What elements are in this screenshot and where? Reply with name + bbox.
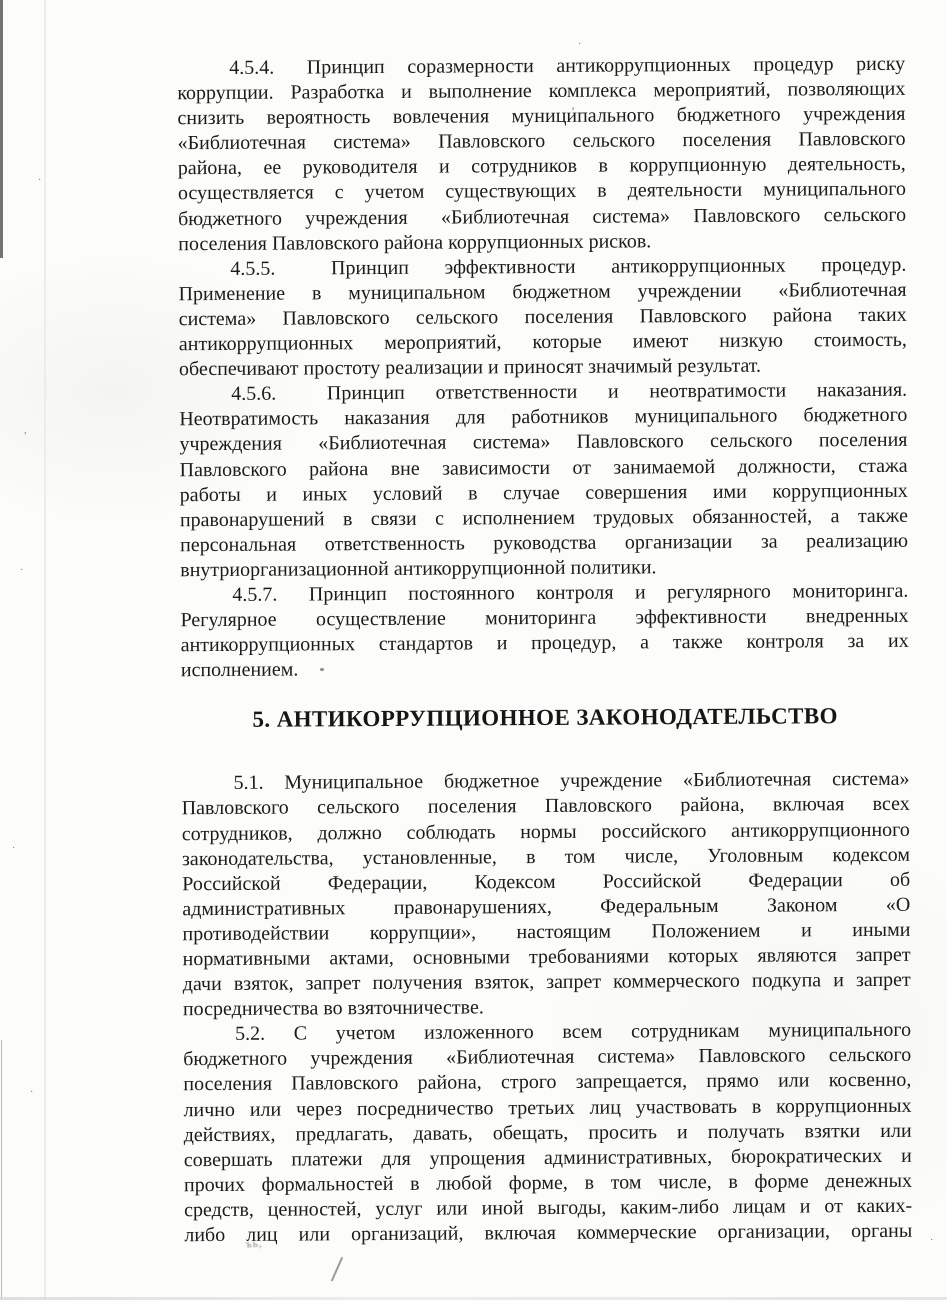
scan-speck: , — [24, 426, 27, 436]
scan-crease-line — [44, 0, 46, 1300]
text-line: учреждения «Библиотечная система» Павлов… — [179, 428, 907, 458]
text-line: дачи взяток, запрет получения взяток, за… — [183, 968, 911, 998]
text-line: либо лиц или организаций, включая коммер… — [184, 1219, 912, 1249]
text-line: Павловского района вне зависимости от за… — [180, 453, 908, 483]
text-line: исполнением. — [181, 654, 909, 684]
text-line: антикоррупционных стандартов и процедур,… — [181, 629, 909, 659]
paragraph-4-5-7: 4.5.7. Принцип постоянного контроля и ре… — [180, 579, 909, 684]
paragraph-4-5-5: 4.5.5. Принцип эффективности антикоррупц… — [178, 253, 907, 383]
paragraph-5-2: 5.2. С учетом изложенного всем сотрудник… — [183, 1018, 912, 1248]
scan-speck: · — [578, 40, 581, 50]
scan-speck: · — [38, 176, 41, 186]
text-line: персональная ответственность руководства… — [180, 529, 908, 559]
scanned-document-page: { "document": { "language": "ru", "headi… — [0, 0, 947, 1300]
section-5-heading: 5. АНТИКОРРУПЦИОННОЕ ЗАКОНОДАТЕЛЬСТВО — [181, 701, 909, 735]
text-line: осуществляется с учетом существующих в д… — [178, 177, 906, 207]
paragraph-4-5-4: 4.5.4. Принцип соразмерности антикоррупц… — [177, 52, 906, 257]
scan-edge-left-faint — [1, 1040, 2, 1300]
scan-speck: · — [20, 566, 23, 576]
paragraph-4-5-6: 4.5.6. Принцип ответственности и неотвра… — [179, 378, 908, 583]
paragraph-5-1: 5.1. Муниципальное бюджетное учреждение … — [181, 767, 911, 1022]
text-line: сотрудников, должно соблюдать нормы росс… — [182, 817, 910, 847]
scan-speck: · — [930, 1236, 933, 1246]
text-line: Павловского сельского поселения Павловск… — [182, 792, 910, 822]
text-line: антикоррупционных мероприятий, которые и… — [179, 328, 907, 358]
text-line: поселения Павловского района, строго зап… — [183, 1068, 911, 1098]
scan-speck: · — [30, 1088, 33, 1098]
text-line: бюджетного учреждения «Библиотечная сист… — [178, 202, 906, 232]
document-text-block: 4.5.4. Принцип соразмерности антикоррупц… — [177, 52, 912, 1249]
scan-speck: · — [12, 844, 15, 854]
scan-edge-left-artifact — [0, 0, 3, 258]
scan-slash-mark — [331, 1257, 343, 1281]
